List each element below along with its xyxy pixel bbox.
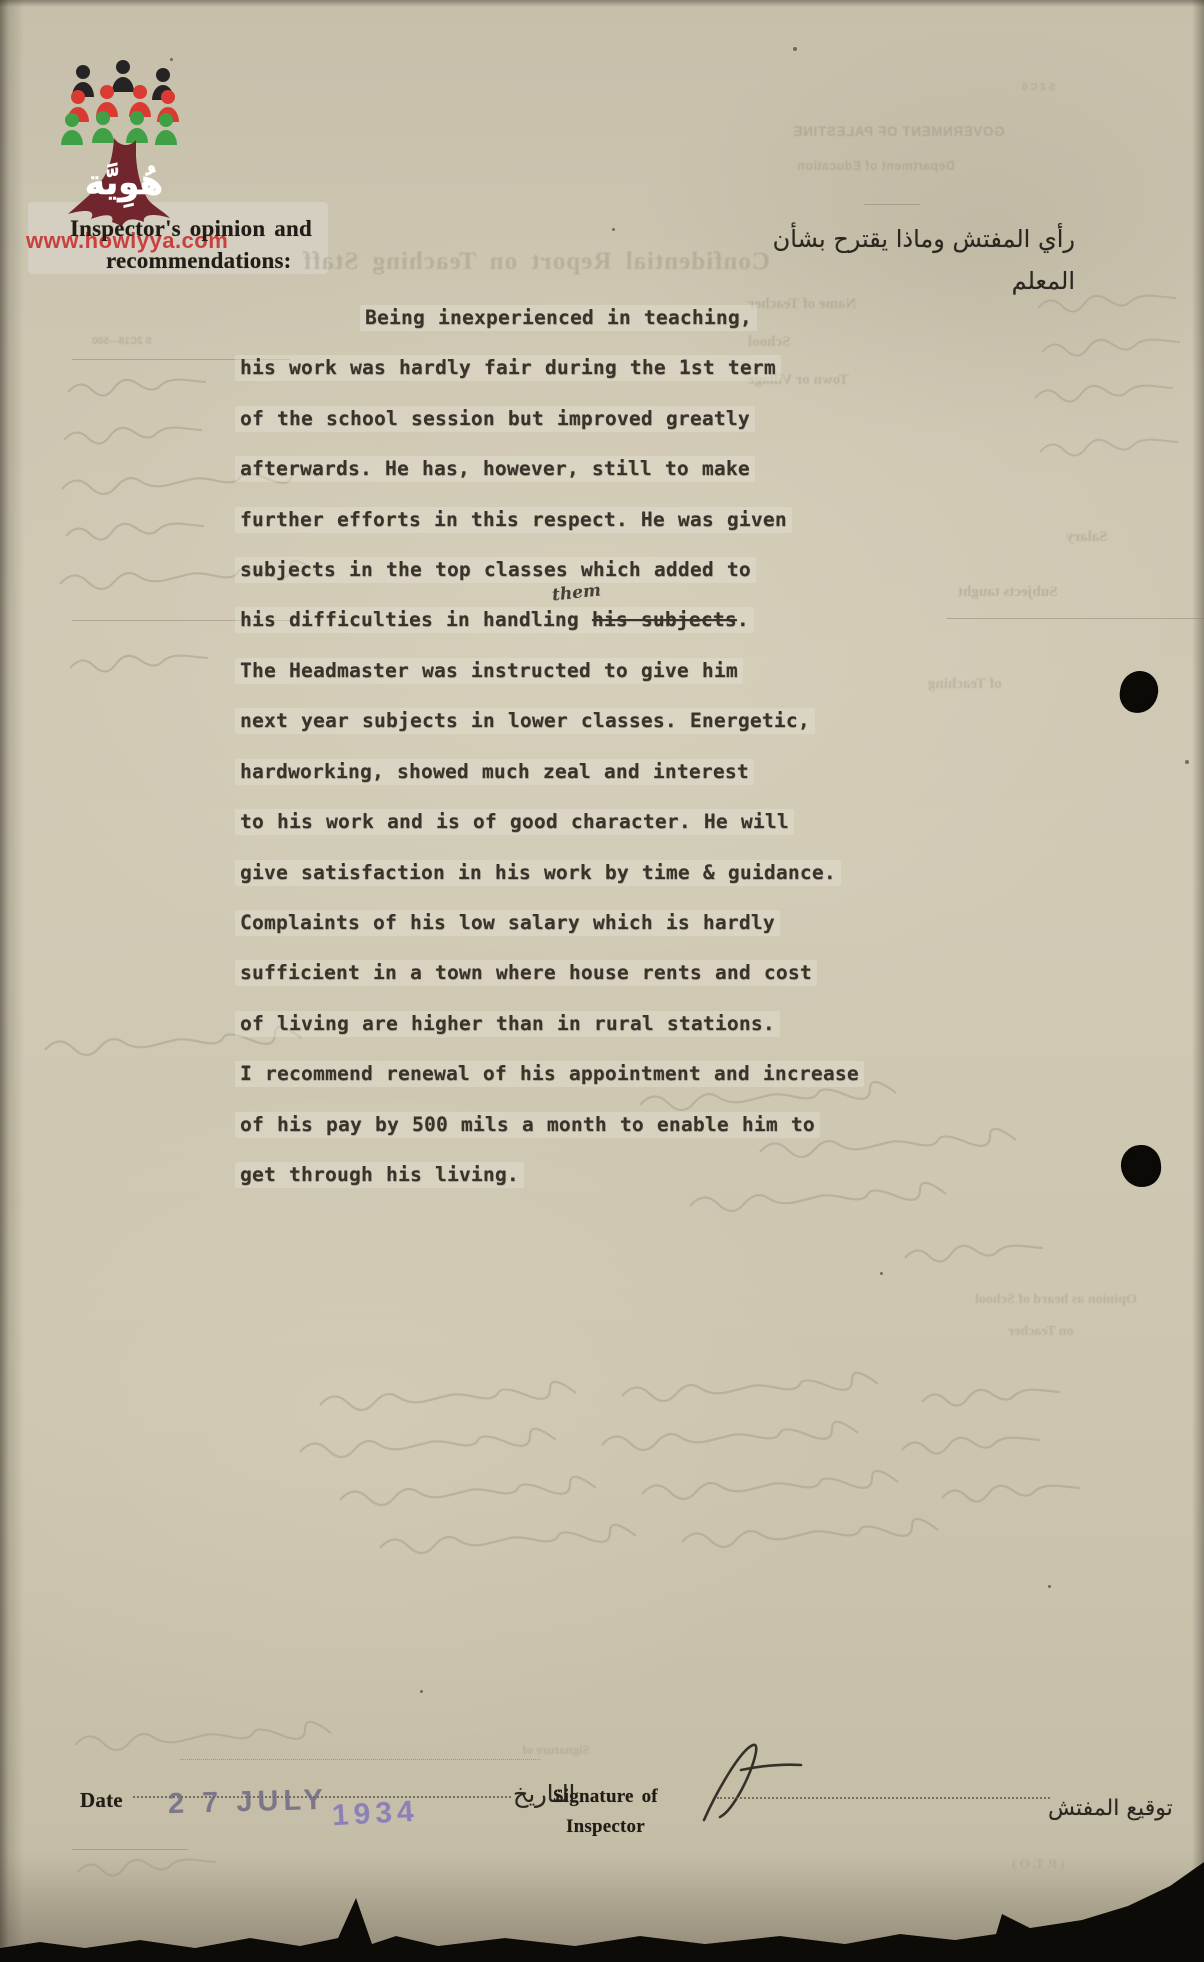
- signature-label-line2: Inspector: [566, 1816, 645, 1838]
- typed-line: next year subjects in lower classes. Ene…: [235, 709, 815, 732]
- typed-line: subjects in the top classes which added …: [235, 558, 756, 581]
- typed-line: to his work and is of good character. He…: [235, 810, 794, 833]
- typed-line: The Headmaster was instructed to give hi…: [235, 659, 743, 682]
- typed-post: .: [737, 608, 749, 631]
- dust-speck: [612, 228, 615, 231]
- typed-line: his work was hardly fair during the 1st …: [235, 356, 781, 379]
- inspector-signature-ink: [704, 1745, 801, 1820]
- date-stamp-day-month: 2 7 JULY: [168, 1784, 329, 1821]
- typed-line: of his pay by 500 mils a month to enable…: [235, 1113, 820, 1136]
- date-stamp-year: 1934: [331, 1795, 419, 1833]
- ghost-hand-lower-block: [300, 1373, 1080, 1553]
- heading-line2: recommendations:: [106, 248, 291, 274]
- dust-speck: [793, 47, 797, 51]
- typed-line: Complaints of his low salary which is ha…: [235, 911, 780, 934]
- heading-arabic: رأي المفتش وماذا يقترح بشأن المعلم: [770, 218, 1075, 302]
- typed-line: hardworking, showed much zeal and intere…: [235, 760, 754, 783]
- typed-line: sufficient in a town where house rents a…: [235, 961, 817, 984]
- typed-line: further efforts in this respect. He was …: [235, 508, 792, 531]
- ghost-hand-right-column: [1035, 296, 1180, 456]
- typed-pre: his difficulties in handling: [240, 608, 592, 631]
- typed-line: give satisfaction in his work by time & …: [235, 861, 841, 884]
- typed-line-with-correction: his difficulties in handling his subject…: [235, 608, 754, 631]
- dust-speck: [1048, 1585, 1051, 1588]
- logo-wordmark-arabic: هُوِيَّة: [85, 163, 163, 208]
- typed-line: of the school session but improved great…: [235, 407, 755, 430]
- typed-line: get through his living.: [235, 1163, 524, 1186]
- date-label: Date: [80, 1788, 123, 1813]
- typed-line: of living are higher than in rural stati…: [235, 1012, 780, 1035]
- typed-line: I recommend renewal of his appointment a…: [235, 1062, 864, 1085]
- dust-speck: [1185, 760, 1189, 764]
- signature-dotted-line: [717, 1797, 1050, 1799]
- dust-speck: [420, 1690, 423, 1693]
- heading-line1: Inspector's opinion and: [70, 216, 312, 242]
- paper-sheet: S 2 C 8 GOVERNMENT OF PALESTINE Departme…: [0, 0, 1204, 1962]
- typed-line: afterwards. He has, however, still to ma…: [235, 457, 755, 480]
- signature-label-arabic: توقيع المفتش: [1048, 1796, 1173, 1821]
- struck-text: his subjects: [592, 608, 737, 631]
- typed-line: Being inexperienced in teaching,: [360, 306, 757, 329]
- dust-speck: [880, 1272, 883, 1275]
- logo-canopy-people: [61, 60, 179, 145]
- scanned-document: S 2 C 8 GOVERNMENT OF PALESTINE Departme…: [0, 0, 1204, 1962]
- dust-speck: [170, 58, 173, 61]
- signature-label-line1: Signature of: [553, 1786, 658, 1808]
- howiyya-tree-logo: هُوِيَّة: [60, 52, 190, 232]
